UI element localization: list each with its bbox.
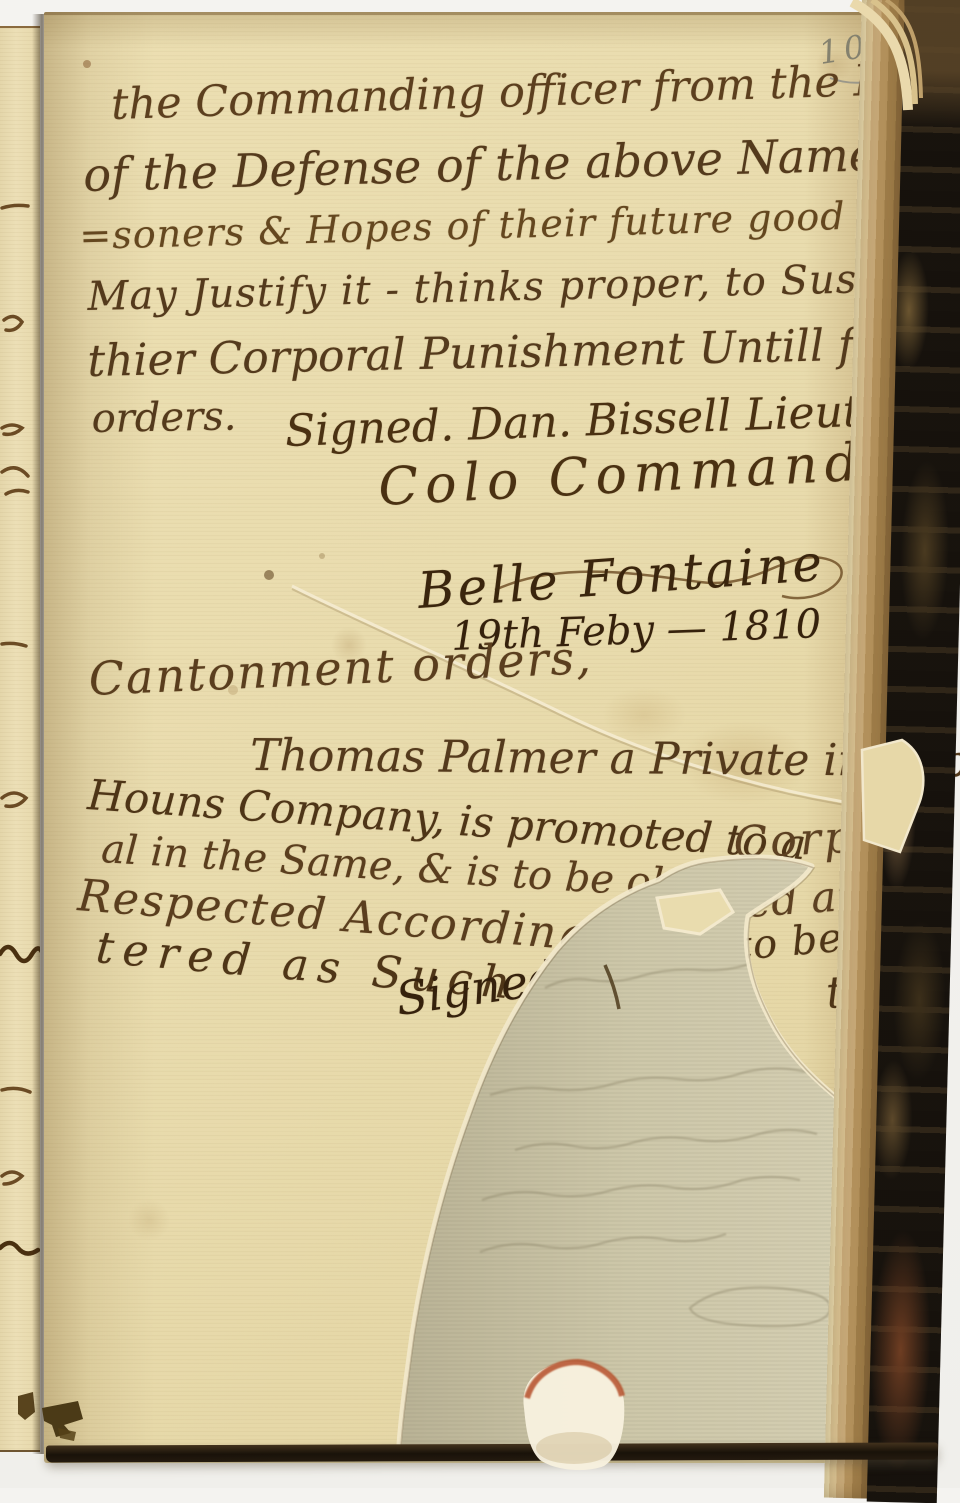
manuscript-line: orders. — [91, 393, 237, 442]
orderly-book-scan: the Commanding officer from the Nature o… — [0, 0, 960, 1488]
book-bottom-edge — [46, 1442, 938, 1462]
